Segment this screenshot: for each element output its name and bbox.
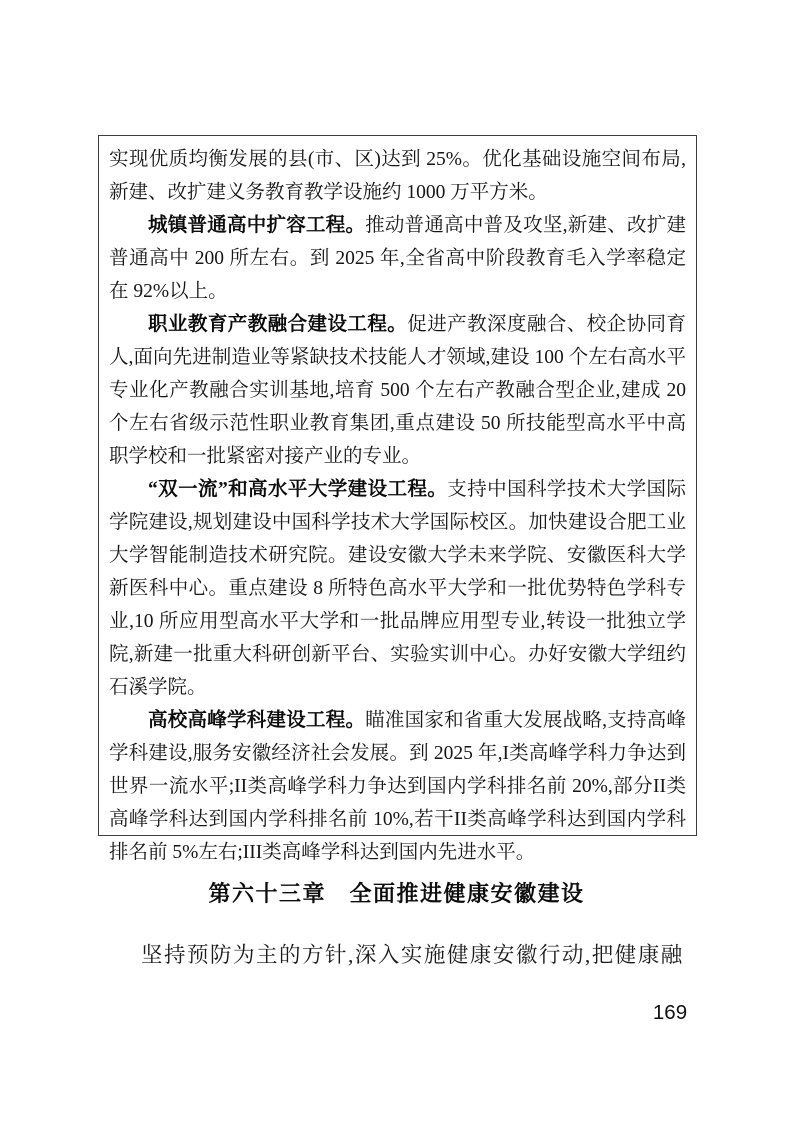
box-paragraph: 高校高峰学科建设工程。瞄准国家和省重大发展战略,支持高峰学科建设,服务安徽经济社… [109, 704, 686, 869]
box-paragraph: 城镇普通高中扩容工程。推动普通高中普及攻坚,新建、改扩建普通高中 200 所左右… [109, 209, 686, 308]
box-paragraph: “双一流”和高水平大学建设工程。支持中国科学技术大学国际学院建设,规划建设中国科… [109, 473, 686, 704]
paragraph-text: 实现优质均衡发展的县(市、区)达到 25%。优化基础设施空间布局,新建、改扩建义… [109, 149, 686, 203]
page-number: 169 [640, 1001, 700, 1025]
box-paragraph: 职业教育产教融合建设工程。促进产教深度融合、校企协同育人,面向先进制造业等紧缺技… [109, 308, 686, 473]
paragraph-text: 支持中国科学技术大学国际学院建设,规划建设中国科学技术大学国际校区。加快建设合肥… [109, 479, 686, 698]
paragraph-text: 促进产教深度融合、校企协同育人,面向先进制造业等紧缺技术技能人才领域,建设 10… [109, 314, 686, 467]
chapter-heading: 第六十三章 全面推进健康安徽建设 [0, 877, 793, 908]
paragraph-text: 瞄准国家和省重大发展战略,支持高峰学科建设,服务安徽经济社会发展。到 2025 … [109, 710, 686, 863]
opening-paragraph: 坚持预防为主的方针,深入实施健康安徽行动,把健康融 [98, 938, 698, 972]
paragraph-lead: “双一流”和高水平大学建设工程。 [148, 479, 447, 500]
paragraph-lead: 高校高峰学科建设工程。 [148, 710, 365, 731]
box-paragraph: 实现优质均衡发展的县(市、区)达到 25%。优化基础设施空间布局,新建、改扩建义… [109, 143, 686, 209]
document-page: 实现优质均衡发展的县(市、区)达到 25%。优化基础设施空间布局,新建、改扩建义… [0, 0, 793, 1122]
paragraph-lead: 职业教育产教融合建设工程。 [148, 314, 407, 335]
project-content-box: 实现优质均衡发展的县(市、区)达到 25%。优化基础设施空间布局,新建、改扩建义… [98, 135, 697, 836]
paragraph-lead: 城镇普通高中扩容工程。 [148, 215, 365, 236]
